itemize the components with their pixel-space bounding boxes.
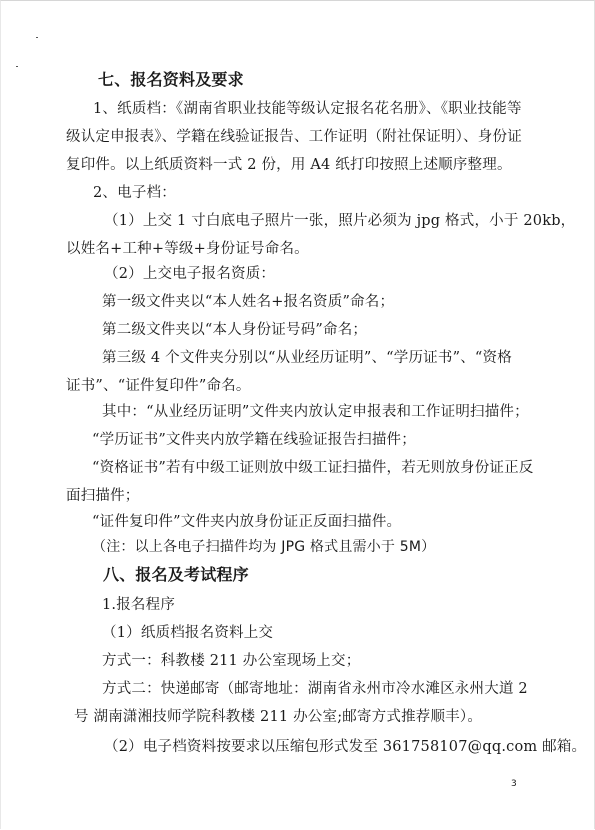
paper-docs-line-1: 1、纸质档：《湖南省职业技能等级认定报名花名册》、《职业技能等 bbox=[93, 100, 522, 118]
registration-procedure-title: 1.报名程序 bbox=[102, 596, 175, 614]
folder-detail-qualification-line-1: “资格证书”若有中级工证则放中级工证扫描件，若无则放身份证正反 bbox=[92, 459, 534, 477]
folder-level-2: 第二级文件夹以“本人身份证号码”命名； bbox=[102, 321, 367, 339]
electronic-docs-title: 2、电子档： bbox=[93, 184, 176, 202]
section-8-heading: 八、报名及考试程序 bbox=[103, 566, 249, 584]
photo-requirement-line-1: （1）上交 1 寸白底电子照片一张，照片必须为 jpg 格式，小于 20kb， bbox=[104, 212, 575, 230]
scan-format-note: （注：以上各电子扫描件均为 JPG 格式且需小于 5M） bbox=[92, 538, 435, 556]
photo-requirement-line-2: 以姓名+工种+等级+身份证号命名。 bbox=[66, 240, 309, 258]
folder-detail-education: “学历证书”文件夹内放学籍在线验证报告扫描件； bbox=[92, 431, 416, 449]
folder-level-3-line-2: 证书”、“证件复印件”命名。 bbox=[66, 377, 251, 395]
folder-detail-id-copies: “证件复印件”文件夹内放身份证正反面扫描件。 bbox=[92, 513, 401, 531]
page-number: 3 bbox=[511, 779, 517, 789]
folder-detail-experience: 其中：“从业经历证明”文件夹内放认定申报表和工作证明扫描件； bbox=[102, 403, 529, 421]
paper-docs-line-3: 复印件。以上纸质资料一式 2 份，用 A4 纸打印按照上述顺序整理。 bbox=[66, 156, 512, 174]
electronic-submission-email: （2）电子档资料按要求以压缩包形式发至 361758107@qq.com 邮箱。 bbox=[104, 738, 586, 756]
scan-speck bbox=[36, 37, 38, 38]
submission-method-2-line-2: 号 湖南潇湘技师学院科教楼 211 办公室;邮寄方式推荐顺丰）。 bbox=[74, 708, 482, 726]
folder-level-3-line-1: 第三级 4 个文件夹分别以“从业经历证明”、“学历证书”、“资格 bbox=[102, 349, 512, 367]
submission-method-1: 方式一：科教楼 211 办公室现场上交； bbox=[102, 652, 360, 670]
folder-level-1: 第一级文件夹以“本人姓名+报名资质”命名； bbox=[102, 293, 394, 311]
scan-speck bbox=[16, 66, 18, 67]
folder-detail-qualification-line-2: 面扫描件； bbox=[66, 487, 140, 505]
qualification-title: （2）上交电子报名资质： bbox=[104, 265, 275, 283]
paper-submission-title: （1）纸质档报名资料上交 bbox=[102, 624, 273, 642]
section-7-heading: 七、报名资料及要求 bbox=[98, 71, 244, 89]
paper-docs-line-2: 级认定申报表》、学籍在线验证报告、工作证明（附社保证明）、身份证 bbox=[66, 128, 522, 146]
submission-method-2-line-1: 方式二：快递邮寄（邮寄地址：湖南省永州市冷水滩区永州大道 2 bbox=[102, 680, 528, 698]
